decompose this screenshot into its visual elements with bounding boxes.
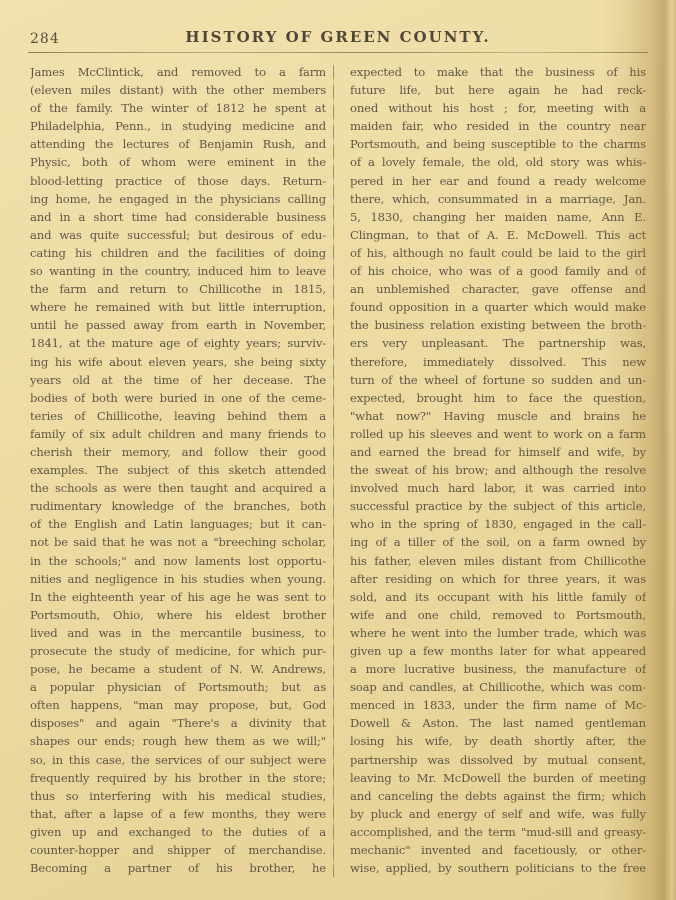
left-column: James McClintick, and removed to a farm(…: [30, 63, 326, 877]
text-line: the business relation existing between t…: [350, 316, 646, 334]
text-line: nities and negligence in his studies whe…: [30, 570, 326, 588]
text-line: disposes" and again "There's a divinity …: [30, 714, 326, 732]
text-line: "what now?" Having muscle and brains he: [350, 407, 646, 425]
text-line: of his choice, who was of a good family …: [350, 262, 646, 280]
text-line: and canceling the debts against the firm…: [350, 787, 646, 805]
text-line: thus so interfering with his medical stu…: [30, 787, 326, 805]
text-line: after residing on which for three years,…: [350, 570, 646, 588]
text-line: losing his wife, by death shortly after,…: [350, 732, 646, 750]
text-line: often happens, "man may propose, but, Go…: [30, 696, 326, 714]
column-divider: [333, 65, 334, 877]
text-line: ers very unpleasant. The partnership was…: [350, 334, 646, 352]
text-line: frequently required by his brother in th…: [30, 769, 326, 787]
text-line: (eleven miles distant) with the other me…: [30, 81, 326, 99]
text-line: his father, eleven miles distant from Ch…: [350, 552, 646, 570]
text-line: wise, applied, by southern politicians t…: [350, 859, 646, 877]
text-line: successful practice by the subject of th…: [350, 497, 646, 515]
text-line: blood-letting practice of those days. Re…: [30, 172, 326, 190]
book-page: 284 HISTORY OF GREEN COUNTY. James McCli…: [0, 0, 676, 900]
text-line: wife and one child, removed to Portsmout…: [350, 606, 646, 624]
text-line: where he remained with but little interr…: [30, 298, 326, 316]
text-line: cherish their memory, and follow their g…: [30, 443, 326, 461]
text-line: found opposition in a quarter which woul…: [350, 298, 646, 316]
text-line: there, which, consummated in a marriage,…: [350, 190, 646, 208]
text-line: a more lucrative business, the manufactu…: [350, 660, 646, 678]
text-line: and earned the bread for himself and wif…: [350, 443, 646, 461]
text-line: future life, but here again he had reck-: [350, 81, 646, 99]
text-line: cating his children and the facilities o…: [30, 244, 326, 262]
text-line: shapes our ends; rough hew them as we wi…: [30, 732, 326, 750]
text-line: who in the spring of 1830, engaged in th…: [350, 515, 646, 533]
text-line: turn of the wheel of fortune so sudden a…: [350, 371, 646, 389]
text-line: the schools as were then taught and acqu…: [30, 479, 326, 497]
text-line: 5, 1830, changing her maiden name, Ann E…: [350, 208, 646, 226]
text-line: that, after a lapse of a few months, the…: [30, 805, 326, 823]
text-line: Portsmouth, and being susceptible to the…: [350, 135, 646, 153]
text-line: pered in her ear and found a ready welco…: [350, 172, 646, 190]
text-line: leaving to Mr. McDowell the burden of me…: [350, 769, 646, 787]
text-line: soap and candles, at Chillicothe, which …: [350, 678, 646, 696]
text-line: so wanting in the country, induced him t…: [30, 262, 326, 280]
text-line: rolled up his sleeves and went to work o…: [350, 425, 646, 443]
text-line: given up a few months later for what app…: [350, 642, 646, 660]
text-line: Becoming a partner of his brother, he: [30, 859, 326, 877]
text-line: bodies of both were buried in one of the…: [30, 389, 326, 407]
text-line: Clingman, to that of A. E. McDowell. Thi…: [350, 226, 646, 244]
text-line: lived and was in the mercantile business…: [30, 624, 326, 642]
text-line: of his, although no fault could be laid …: [350, 244, 646, 262]
text-line: accomplished, and the term "mud-sill and…: [350, 823, 646, 841]
text-line: expected to make that the business of hi…: [350, 63, 646, 81]
text-line: Philadelphia, Penn., in studying medicin…: [30, 117, 326, 135]
text-line: ing his wife about eleven years, she bei…: [30, 353, 326, 371]
text-line: In the eighteenth year of his age he was…: [30, 588, 326, 606]
text-line: partnership was dissolved by mutual cons…: [350, 751, 646, 769]
text-line: Portsmouth, Ohio, where his eldest broth…: [30, 606, 326, 624]
text-line: pose, he became a student of N. W. Andre…: [30, 660, 326, 678]
text-line: of the English and Latin languages; but …: [30, 515, 326, 533]
text-line: and was quite successful; but desirous o…: [30, 226, 326, 244]
text-line: rudimentary knowledge of the branches, b…: [30, 497, 326, 515]
text-line: oned without his host ; for, meeting wit…: [350, 99, 646, 117]
text-line: the sweat of his brow; and although the …: [350, 461, 646, 479]
page-title: HISTORY OF GREEN COUNTY.: [0, 28, 676, 46]
text-line: of a lovely female, the old, old story w…: [350, 153, 646, 171]
text-line: years old at the time of her decease. Th…: [30, 371, 326, 389]
text-line: Dowell & Aston. The last named gentleman: [350, 714, 646, 732]
text-line: not be said that he was not a "breeching…: [30, 533, 326, 551]
text-line: maiden fair, who resided in the country …: [350, 117, 646, 135]
text-line: counter-hopper and shipper of merchandis…: [30, 841, 326, 859]
text-line: prosecute the study of medicine, for whi…: [30, 642, 326, 660]
text-line: the farm and return to Chillicothe in 18…: [30, 280, 326, 298]
text-line: so, in this case, the services of our su…: [30, 751, 326, 769]
text-columns: James McClintick, and removed to a farm(…: [30, 63, 646, 879]
right-column: expected to make that the business of hi…: [350, 63, 646, 877]
text-line: in the schools;" and now laments lost op…: [30, 552, 326, 570]
text-line: of the family. The winter of 1812 he spe…: [30, 99, 326, 117]
text-line: 1841, at the mature age of eighty years;…: [30, 334, 326, 352]
text-line: where he went into the lumber trade, whi…: [350, 624, 646, 642]
text-line: involved much hard labor, it was carried…: [350, 479, 646, 497]
page-header: 284 HISTORY OF GREEN COUNTY.: [0, 28, 676, 52]
text-line: until he passed away from earth in Novem…: [30, 316, 326, 334]
text-line: ing of a tiller of the soil, on a farm o…: [350, 533, 646, 551]
text-line: by pluck and energy of self and wife, wa…: [350, 805, 646, 823]
text-line: attending the lectures of Benjamin Rush,…: [30, 135, 326, 153]
text-line: menced in 1833, under the firm name of M…: [350, 696, 646, 714]
text-line: family of six adult children and many fr…: [30, 425, 326, 443]
text-line: mechanic" invented and facetiously, or o…: [350, 841, 646, 859]
text-line: an unblemished character, gave offense a…: [350, 280, 646, 298]
text-line: teries of Chillicothe, leaving behind th…: [30, 407, 326, 425]
header-rule: [28, 52, 648, 53]
text-line: examples. The subject of this sketch att…: [30, 461, 326, 479]
text-line: sold, and its occupant with his little f…: [350, 588, 646, 606]
text-line: therefore, immediately dissolved. This n…: [350, 353, 646, 371]
text-line: Physic, both of whom were eminent in the: [30, 153, 326, 171]
text-line: ing home, he engaged in the physicians c…: [30, 190, 326, 208]
text-line: expected, brought him to face the questi…: [350, 389, 646, 407]
text-line: James McClintick, and removed to a farm: [30, 63, 326, 81]
text-line: a popular physician of Portsmouth; but a…: [30, 678, 326, 696]
text-line: and in a short time had considerable bus…: [30, 208, 326, 226]
text-line: given up and exchanged to the duties of …: [30, 823, 326, 841]
